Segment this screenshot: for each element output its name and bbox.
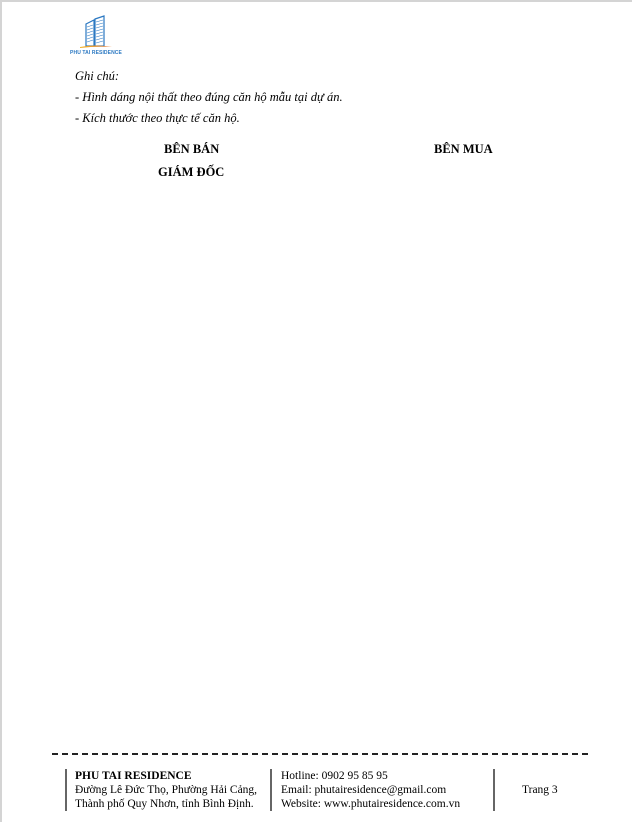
company-logo: PHU TAI RESIDENCE [66, 14, 126, 60]
footer-email: Email: phutairesidence@gmail.com [281, 783, 460, 797]
seller-label: BÊN BÁN [164, 142, 219, 157]
building-logo-icon [66, 14, 126, 50]
note-item: - Hình dáng nội thất theo đúng căn hộ mẫ… [75, 87, 343, 108]
document-page: PHU TAI RESIDENCE Ghi chú: - Hình dáng n… [0, 0, 632, 822]
footer-separator [270, 769, 272, 811]
buyer-label: BÊN MUA [434, 142, 493, 157]
footer-company: PHU TAI RESIDENCE Đường Lê Đức Thọ, Phườ… [75, 769, 257, 811]
footer-website: Website: www.phutairesidence.com.vn [281, 797, 460, 811]
footer-hotline: Hotline: 0902 95 85 95 [281, 769, 460, 783]
page-number: Trang 3 [522, 784, 558, 796]
notes-heading: Ghi chú: [75, 66, 343, 87]
logo-text: PHU TAI RESIDENCE [66, 50, 126, 56]
footer-contact: Hotline: 0902 95 85 95 Email: phutairesi… [281, 769, 460, 811]
notes-section: Ghi chú: - Hình dáng nội thất theo đúng … [75, 66, 343, 129]
footer-separator [493, 769, 495, 811]
footer-separator [65, 769, 67, 811]
footer-address-line: Đường Lê Đức Thọ, Phường Hải Cảng, [75, 783, 257, 797]
footer-address-line: Thành phố Quy Nhơn, tỉnh Bình Định. [75, 797, 257, 811]
footer-company-name: PHU TAI RESIDENCE [75, 769, 257, 783]
note-item: - Kích thước theo thực tế căn hộ. [75, 108, 343, 129]
seller-title: GIÁM ĐỐC [158, 165, 224, 180]
footer-divider [52, 753, 592, 755]
